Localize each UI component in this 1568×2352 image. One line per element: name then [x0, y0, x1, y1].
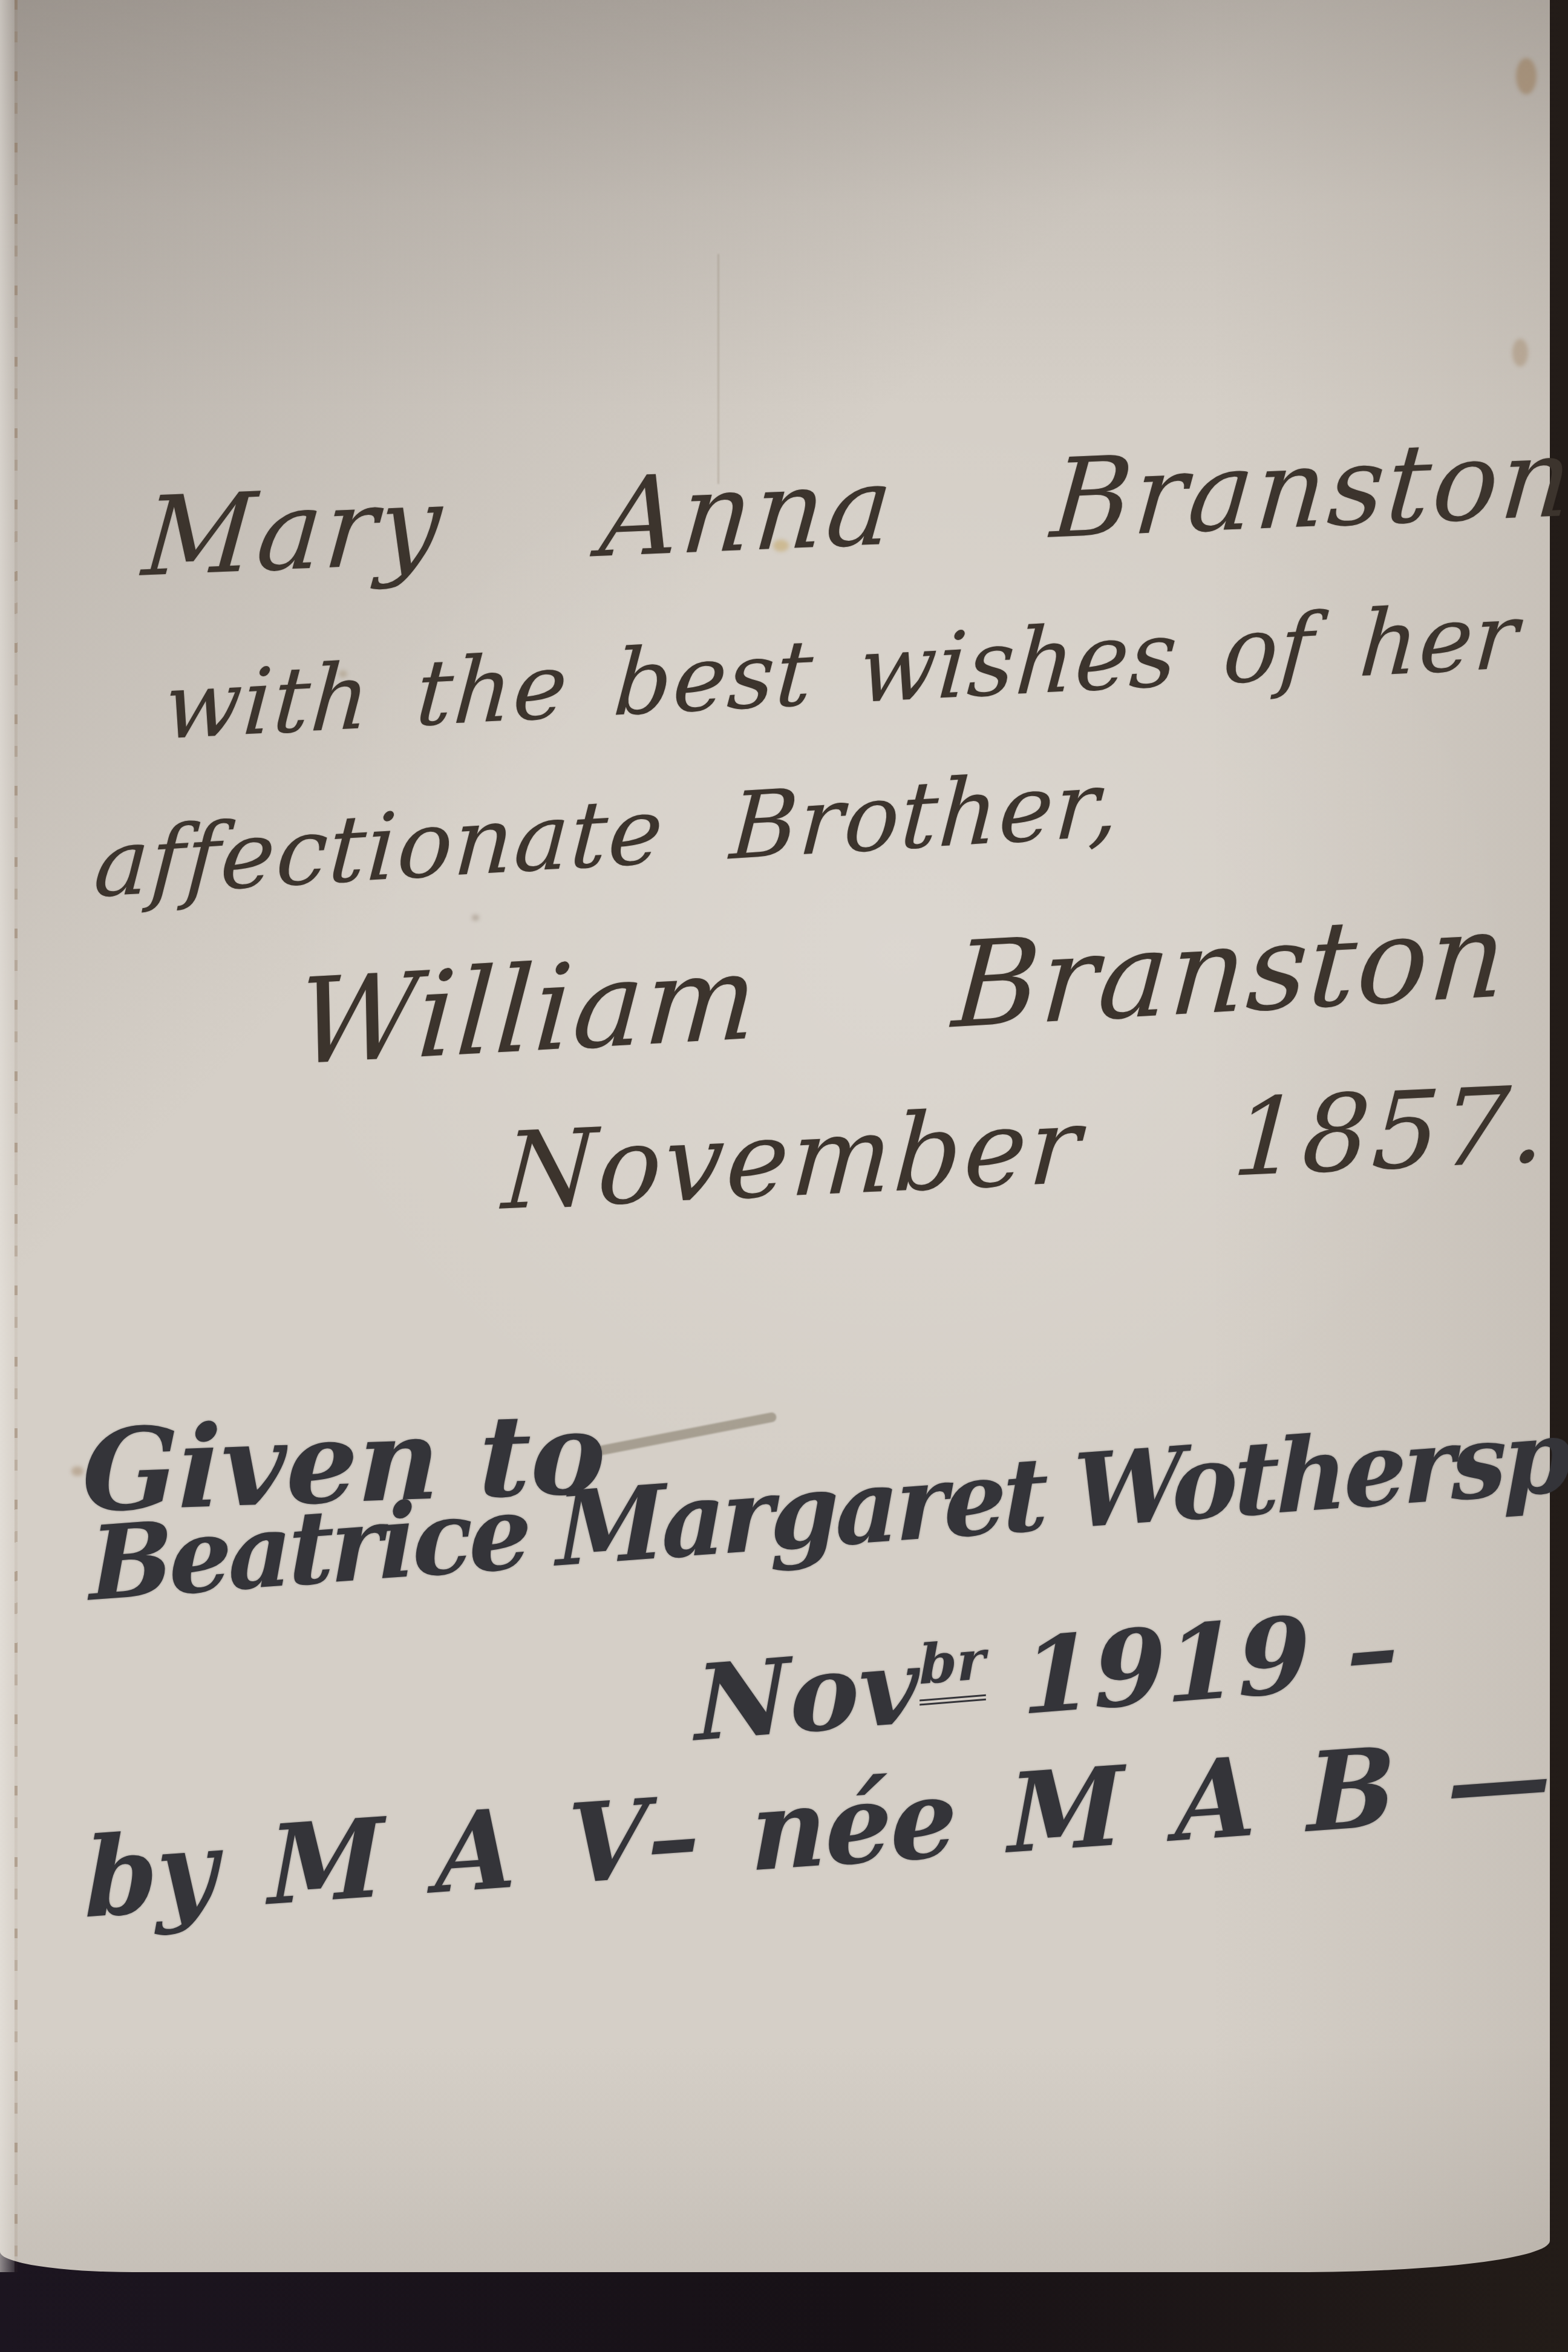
- year-and-dash: 1919 –: [985, 1585, 1399, 1741]
- foxing-spot: [1512, 339, 1528, 367]
- gutter-strip: [0, 0, 15, 2272]
- foxing-spot: [472, 915, 479, 921]
- inscription-1857-line-3: affectionate Brother,: [91, 750, 1124, 918]
- inscription-1857-line-1: Mary Anna Branston: [139, 414, 1568, 601]
- inscription-1857-line-2: with the best wishes of her: [161, 584, 1523, 760]
- book-page: Mary Anna Branston with the best wishes …: [0, 0, 1550, 2272]
- torn-page-edge: [15, 0, 18, 2272]
- paper-scratch: [717, 254, 719, 484]
- foxing-spot: [1516, 58, 1537, 94]
- month-abbreviation: Nov: [694, 1624, 920, 1765]
- inscription-1857-line-5: November 1857.: [500, 1063, 1552, 1234]
- photo-of-book-flyleaf: Mary Anna Branston with the best wishes …: [0, 0, 1568, 2352]
- pen-stroke: [597, 1412, 777, 1456]
- superscript-suffix: br: [919, 1628, 986, 1705]
